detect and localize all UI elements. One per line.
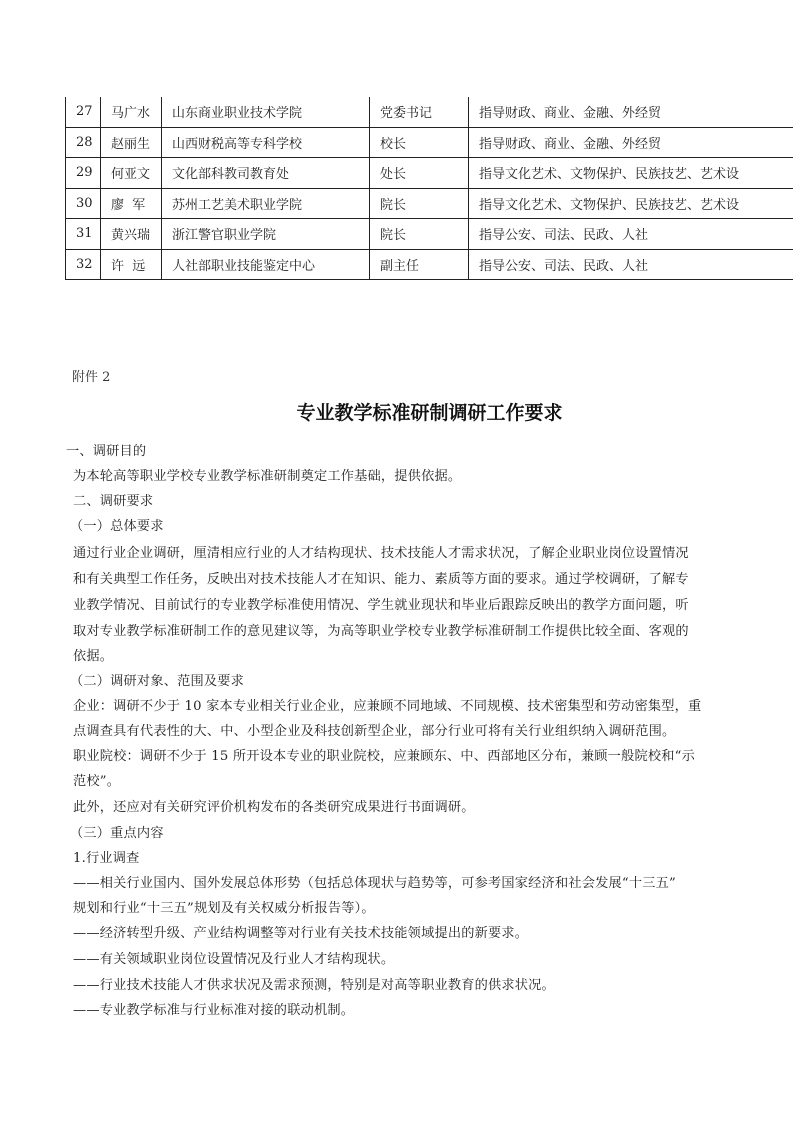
cell-name: 赵丽生 — [101, 127, 162, 158]
bullet-line: ——行业技术技能人才供求状况及需求预测，特别是对高等职业教育的供求状况。 — [73, 974, 555, 993]
bullet-line: 规划和行业“十三五”规划及有关权威分析报告等）。 — [73, 897, 375, 916]
table-row: 32 许 远 人社部职业技能鉴定中心 副主任 指导公安、司法、民政、人社 — [66, 249, 793, 280]
subsection-heading-scope: （二）调研对象、范围及要求 — [70, 670, 244, 689]
cell-no: 28 — [66, 127, 101, 158]
cell-duty: 指导公安、司法、民政、人社 — [469, 219, 793, 250]
cell-title: 校长 — [370, 127, 469, 158]
cell-name: 廖 军 — [101, 188, 162, 219]
paragraph: 为本轮高等职业学校专业教学标准研制奠定工作基础，提供依据。 — [73, 465, 461, 484]
cell-org: 浙江警官职业学院 — [162, 219, 370, 250]
cell-org: 苏州工艺美术职业学院 — [162, 188, 370, 219]
cell-title: 院长 — [370, 188, 469, 219]
bullet-line: ——专业教学标准与行业标准对接的联动机制。 — [73, 999, 354, 1018]
attachment-label: 附件 2 — [72, 366, 110, 385]
item-heading-industry-survey: 1.行业调查 — [73, 847, 140, 866]
cell-org: 文化部科教司教育处 — [162, 158, 370, 189]
paragraph-line: 职业院校：调研不少于 15 所开设本专业的职业院校，应兼顾东、中、西部地区分布，… — [73, 745, 695, 764]
paragraph-line: 点调查具有代表性的大、中、小型企业及科技创新型企业，部分行业可将有关行业组织纳入… — [73, 720, 675, 739]
cell-duty: 指导公安、司法、民政、人社 — [469, 249, 793, 280]
document-title: 专业教学标准研制调研工作要求 — [0, 398, 793, 425]
bullet-line: ——经济转型升级、产业结构调整等对行业有关技术技能领域提出的新要求。 — [73, 922, 528, 941]
table-row: 28 赵丽生 山西财税高等专科学校 校长 指导财政、商业、金融、外经贸 — [66, 127, 793, 158]
cell-title: 院长 — [370, 219, 469, 250]
paragraph-line: 取对专业教学标准研制工作的意见建议等，为高等职业学校专业教学标准研制工作提供比较… — [73, 620, 689, 639]
table-row: 30 廖 军 苏州工艺美术职业学院 院长 指导文化艺术、文物保护、民族技艺、艺术… — [66, 188, 793, 219]
cell-no: 29 — [66, 158, 101, 189]
cell-duty: 指导财政、商业、金融、外经贸 — [469, 97, 793, 127]
table-container: 27 马广水 山东商业职业技术学院 党委书记 指导财政、商业、金融、外经贸 28… — [0, 0, 793, 300]
section-heading-requirements: 二、调研要求 — [73, 490, 153, 509]
paragraph-line: 业教学情况、目前试行的专业教学标准使用情况、学生就业现状和毕业后跟踪反映出的教学… — [73, 594, 689, 613]
expert-table: 27 马广水 山东商业职业技术学院 党委书记 指导财政、商业、金融、外经贸 28… — [65, 97, 793, 280]
cell-title: 党委书记 — [370, 97, 469, 127]
paragraph-line: 和有关典型工作任务，反映出对技术技能人才在知识、能力、素质等方面的要求。通过学校… — [73, 568, 689, 587]
cell-no: 32 — [66, 249, 101, 280]
cell-title: 处长 — [370, 158, 469, 189]
cell-duty: 指导财政、商业、金融、外经贸 — [469, 127, 793, 158]
cell-no: 31 — [66, 219, 101, 250]
section-heading-purpose: 一、调研目的 — [66, 440, 146, 459]
subsection-heading-general: （一）总体要求 — [70, 515, 164, 534]
paragraph-line: 企业：调研不少于 10 家本专业相关行业企业，应兼顾不同地域、不同规模、技术密集… — [73, 695, 701, 714]
cell-org: 山西财税高等专科学校 — [162, 127, 370, 158]
table-row: 29 何亚文 文化部科教司教育处 处长 指导文化艺术、文物保护、民族技艺、艺术设 — [66, 158, 793, 189]
cell-no: 30 — [66, 188, 101, 219]
document-page: 27 马广水 山东商业职业技术学院 党委书记 指导财政、商业、金融、外经贸 28… — [0, 0, 793, 1122]
cell-name: 马广水 — [101, 97, 162, 127]
table-row: 27 马广水 山东商业职业技术学院 党委书记 指导财政、商业、金融、外经贸 — [66, 97, 793, 127]
paragraph-line: 通过行业企业调研，厘清相应行业的人才结构现状、技术技能人才需求状况，了解企业职业… — [73, 542, 689, 561]
cell-duty: 指导文化艺术、文物保护、民族技艺、艺术设 — [469, 158, 793, 189]
bullet-line: ——相关行业国内、国外发展总体形势（包括总体现状与趋势等，可参考国家经济和社会发… — [73, 872, 676, 891]
cell-name: 许 远 — [101, 249, 162, 280]
table-row: 31 黄兴瑞 浙江警官职业学院 院长 指导公安、司法、民政、人社 — [66, 219, 793, 250]
bullet-line: ——有关领域职业岗位设置情况及行业人才结构现状。 — [73, 948, 394, 967]
subsection-heading-key-content: （三）重点内容 — [70, 822, 164, 841]
cell-title: 副主任 — [370, 249, 469, 280]
cell-org: 人社部职业技能鉴定中心 — [162, 249, 370, 280]
cell-name: 黄兴瑞 — [101, 219, 162, 250]
cell-duty: 指导文化艺术、文物保护、民族技艺、艺术设 — [469, 188, 793, 219]
cell-org: 山东商业职业技术学院 — [162, 97, 370, 127]
cell-no: 27 — [66, 97, 101, 127]
cell-name: 何亚文 — [101, 158, 162, 189]
paragraph-line: 此外，还应对有关研究评价机构发布的各类研究成果进行书面调研。 — [73, 796, 475, 815]
paragraph-line: 范校”。 — [73, 770, 120, 789]
paragraph-line: 依据。 — [73, 645, 113, 664]
